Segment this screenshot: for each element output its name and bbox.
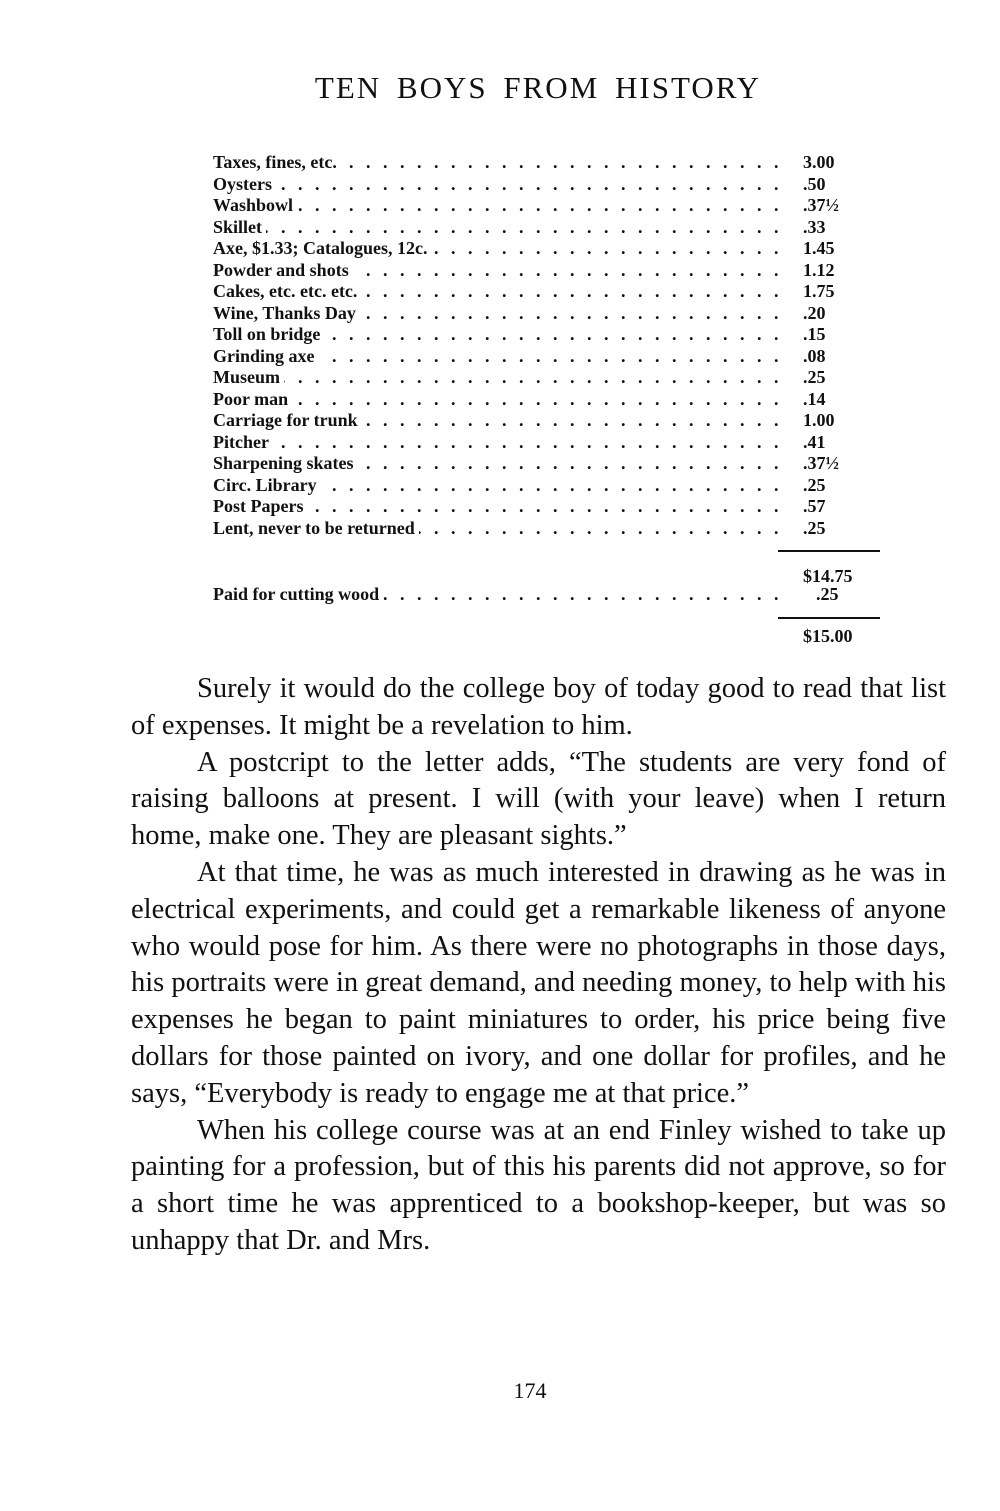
ledger-row: Taxes, fines, etc. 3.00 [213,152,893,174]
ledger-amount: .20 [803,303,883,325]
ledger-row: Powder and shots 1.12 [213,260,893,282]
page-number: 174 [30,1378,1000,1404]
ledger-label: Carriage for trunk [213,410,362,432]
ledger-label: Cakes, etc. etc. etc. [213,281,361,303]
ledger-label: Post Papers [213,496,307,518]
ledger-amount: 1.12 [803,260,883,282]
paragraph: Surely it would do the college boy of to… [131,671,946,745]
ledger-label: Taxes, fines, etc. [213,152,341,174]
ledger-row: Lent, never to be returned .25 [213,518,893,540]
ledger-amount: .25 [803,518,883,540]
ledger-label: Circ. Library [213,475,321,497]
paragraph: A postcript to the letter adds, “The stu… [131,745,946,855]
ledger-row: Museum .25 [213,367,893,389]
expense-ledger: Taxes, fines, etc. 3.00 Oysters .50 Wash… [213,152,893,539]
ledger-label: Paid for cutting wood [213,584,383,606]
dot-leader [213,195,783,217]
dot-leader [213,217,783,239]
ledger-label: Oysters [213,174,276,196]
ledger-label: Skillet [213,217,266,239]
ledger-amount: .57 [803,496,883,518]
ledger-label: Powder and shots [213,260,353,282]
ledger-label: Toll on bridge [213,324,324,346]
ledger-amount: .50 [803,174,883,196]
running-head: TEN BOYS FROM HISTORY [38,70,1000,106]
ledger-row: Cakes, etc. etc. etc. 1.75 [213,281,893,303]
ledger-row: Circ. Library .25 [213,475,893,497]
body-text: Surely it would do the college boy of to… [131,671,946,1260]
paragraph: When his college course was at an end Fi… [131,1113,946,1260]
ledger-amount: .37½ [803,195,883,217]
ledger-label: Wine, Thanks Day [213,303,360,325]
dot-leader [213,389,783,411]
ledger-row: Oysters .50 [213,174,893,196]
ledger-row: Poor man .14 [213,389,893,411]
ledger-amount: .08 [803,346,883,368]
ledger-row: Pitcher .41 [213,432,893,454]
ledger-amount: .25 [803,475,883,497]
ledger-label: Poor man [213,389,292,411]
ledger-label: Museum [213,367,284,389]
ledger-label: Pitcher [213,432,273,454]
total-rule [778,617,880,619]
ledger-row: Skillet .33 [213,217,893,239]
dot-leader [213,174,783,196]
ledger-amount: 3.00 [803,152,883,174]
ledger-amount: .25 [816,584,896,606]
ledger-amount: 1.45 [803,238,883,260]
paragraph: At that time, he was as much interested … [131,855,946,1113]
subtotal-rule [778,550,880,552]
ledger-label: Washbowl [213,195,297,217]
ledger-label: Grinding axe [213,346,319,368]
dot-leader [213,432,783,454]
dot-leader [213,367,783,389]
ledger-row: Grinding axe .08 [213,346,893,368]
ledger-row: Sharpening skates .37½ [213,453,893,475]
ledger-amount: .14 [803,389,883,411]
ledger-amount: .37½ [803,453,883,475]
ledger-row: Toll on bridge .15 [213,324,893,346]
ledger-row: Wine, Thanks Day .20 [213,303,893,325]
ledger-row: Axe, $1.33; Catalogues, 12c. 1.45 [213,238,893,260]
total-amount: $15.00 [803,624,883,648]
ledger-amount: 1.00 [803,410,883,432]
ledger-row-extra: Paid for cutting wood .25 [213,584,893,606]
ledger-row: Washbowl .37½ [213,195,893,217]
ledger-amount: .25 [803,367,883,389]
ledger-amount: .41 [803,432,883,454]
ledger-amount: 1.75 [803,281,883,303]
ledger-label: Lent, never to be returned [213,518,419,540]
total-row: $15.00 [213,624,893,648]
ledger-label: Axe, $1.33; Catalogues, 12c. [213,238,431,260]
ledger-row: Carriage for trunk 1.00 [213,410,893,432]
ledger-amount: .33 [803,217,883,239]
ledger-row: Post Papers .57 [213,496,893,518]
ledger-label: Sharpening skates [213,453,358,475]
ledger-amount: .15 [803,324,883,346]
